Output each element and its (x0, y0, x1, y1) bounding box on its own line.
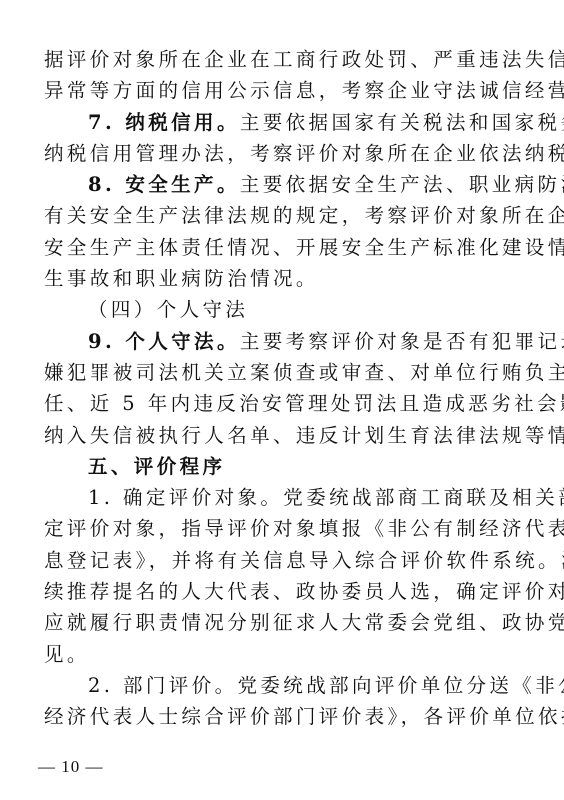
document-page: 据评价对象所在企业在工商行政处罚、严重违法失信和经营 异常等方面的信用公示信息，… (0, 0, 564, 800)
item-title: 8. 安全生产。 (88, 173, 240, 196)
paragraph-line: 有关安全生产法律法规的规定，考察评价对象所在企业落实 (44, 200, 506, 231)
paragraph-line: 纳入失信被执行人名单、违反计划生育法律法规等情况。 (44, 420, 506, 451)
paragraph-line: 见。 (44, 639, 506, 670)
paragraph-line: 据评价对象所在企业在工商行政处罚、严重违法失信和经营 (44, 44, 506, 75)
paragraph-line: 任、近 5 年内违反治安管理处罚法且造成恶劣社会影响、被 (44, 388, 506, 419)
paragraph-line: 安全生产主体责任情况、开展安全生产标准化建设情况、发 (44, 232, 506, 263)
item-title: 7. 纳税信用。 (88, 111, 240, 134)
item-8-safety: 8. 安全生产。主要依据安全生产法、职业病防治法和 (44, 169, 506, 200)
paragraph-line: 息登记表》，并将有关信息导入综合评价软件系统。涉及继 (44, 545, 506, 576)
paragraph-line: 纳税信用管理办法，考察评价对象所在企业依法纳税情况。 (44, 138, 506, 169)
page-number: — 10 — (38, 757, 104, 777)
item-9-personal-law: 9. 个人守法。主要考察评价对象是否有犯罪记录或涉 (44, 326, 506, 357)
paragraph-line: 应就履行职责情况分别征求人大常委会党组、政协党组意 (44, 607, 506, 638)
step-1-determine-subjects: 1. 确定评价对象。党委统战部商工商联及相关部门确 (44, 482, 506, 513)
step-2-department-evaluation: 2. 部门评价。党委统战部向评价单位分送《非公有制 (44, 670, 506, 701)
item-title: 9. 个人守法。 (88, 330, 240, 353)
section-heading-evaluation-procedure: 五、评价程序 (44, 451, 506, 482)
item-body: 主要依据国家有关税法和国家税务总局 (240, 111, 564, 134)
item-7-tax-credit: 7. 纳税信用。主要依据国家有关税法和国家税务总局 (44, 107, 506, 138)
paragraph-line: 嫌犯罪被司法机关立案侦查或审查、对单位行贿负主要责 (44, 357, 506, 388)
body-text: 据评价对象所在企业在工商行政处罚、严重违法失信和经营 异常等方面的信用公示信息，… (44, 44, 506, 733)
paragraph-line: 续推荐提名的人大代表、政协委员人选，确定评价对象前， (44, 576, 506, 607)
paragraph-line: 生事故和职业病防治情况。 (44, 263, 506, 294)
item-body: 主要考察评价对象是否有犯罪记录或涉 (240, 330, 564, 353)
paragraph-line: 经济代表人士综合评价部门评价表》，各评价单位依据评价 (44, 701, 506, 732)
paragraph-line: 异常等方面的信用公示信息，考察企业守法诚信经营情况。 (44, 75, 506, 106)
item-body: 主要依据安全生产法、职业病防治法和 (240, 173, 564, 196)
subheading-personal-law: （四）个人守法 (44, 294, 506, 325)
paragraph-line: 定评价对象，指导评价对象填报《非公有制经济代表人士信 (44, 513, 506, 544)
